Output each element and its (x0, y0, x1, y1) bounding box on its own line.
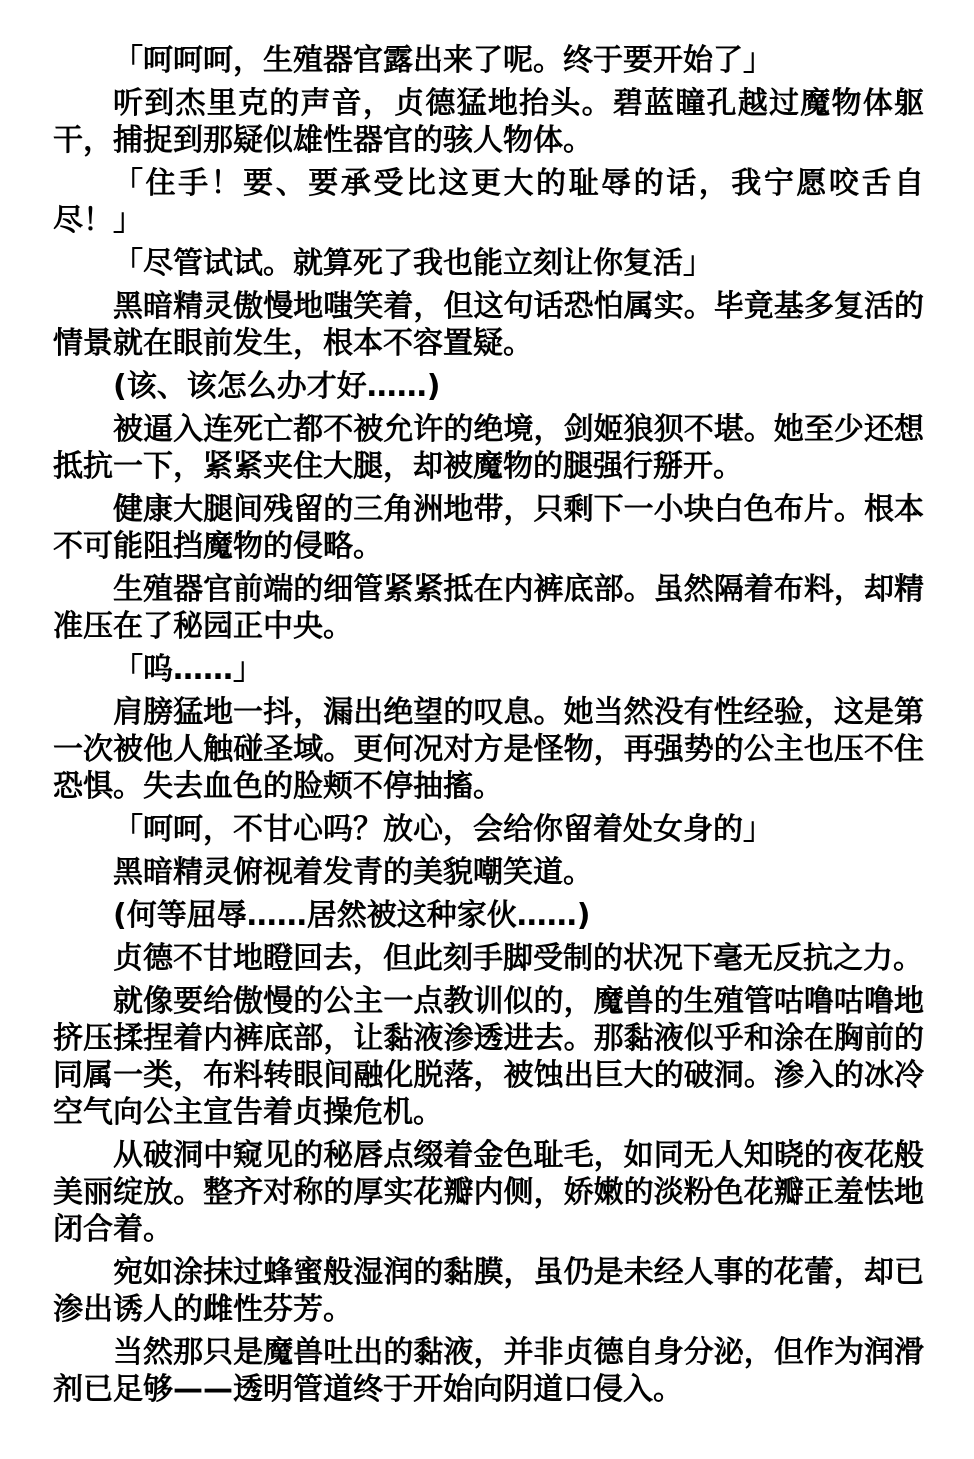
paragraph: 当然那只是魔兽吐出的黏液，并非贞德自身分泌，但作为润滑剂已足够——透明管道终于开… (53, 1334, 924, 1408)
paragraph: 宛如涂抹过蜂蜜般湿润的黏膜，虽仍是未经人事的花蕾，却已渗出诱人的雌性芬芳。 (53, 1254, 924, 1328)
document-page: 「呵呵呵，生殖器官露出来了呢。终于要开始了」听到杰里克的声音，贞德猛地抬头。碧蓝… (0, 0, 974, 1408)
paragraph: 听到杰里克的声音，贞德猛地抬头。碧蓝瞳孔越过魔物体躯干，捕捉到那疑似雄性器官的骇… (53, 85, 924, 159)
paragraph: 从破洞中窥见的秘唇点缀着金色耻毛，如同无人知晓的夜花般美丽绽放。整齐对称的厚实花… (53, 1137, 924, 1248)
paragraph: 健康大腿间残留的三角洲地带，只剩下一小块白色布片。根本不可能阻挡魔物的侵略。 (53, 491, 924, 565)
paragraph: 「呵呵呵，生殖器官露出来了呢。终于要开始了」 (53, 42, 924, 79)
paragraph: 「呵呵，不甘心吗？放心，会给你留着处女身的」 (53, 811, 924, 848)
paragraph: 就像要给傲慢的公主一点教训似的，魔兽的生殖管咕噜咕噜地挤压揉捏着内裤底部，让黏液… (53, 983, 924, 1131)
paragraph: (该、该怎么办才好……) (53, 368, 924, 405)
paragraph: 肩膀猛地一抖，漏出绝望的叹息。她当然没有性经验，这是第一次被他人触碰圣域。更何况… (53, 694, 924, 805)
paragraph: 黑暗精灵俯视着发青的美貌嘲笑道。 (53, 854, 924, 891)
paragraph: 「尽管试试。就算死了我也能立刻让你复活」 (53, 245, 924, 282)
text-body: 「呵呵呵，生殖器官露出来了呢。终于要开始了」听到杰里克的声音，贞德猛地抬头。碧蓝… (53, 42, 924, 1408)
paragraph: 黑暗精灵傲慢地嗤笑着，但这句话恐怕属实。毕竟基多复活的情景就在眼前发生，根本不容… (53, 288, 924, 362)
paragraph: 生殖器官前端的细管紧紧抵在内裤底部。虽然隔着布料，却精准压在了秘园正中央。 (53, 571, 924, 645)
paragraph: 「住手！要、要承受比这更大的耻辱的话，我宁愿咬舌自尽！」 (53, 165, 924, 239)
paragraph: 被逼入连死亡都不被允许的绝境，剑姬狼狈不堪。她至少还想抵抗一下，紧紧夹住大腿，却… (53, 411, 924, 485)
paragraph: 「呜……」 (53, 651, 924, 688)
paragraph: (何等屈辱……居然被这种家伙……) (53, 897, 924, 934)
paragraph: 贞德不甘地瞪回去，但此刻手脚受制的状况下毫无反抗之力。 (53, 940, 924, 977)
